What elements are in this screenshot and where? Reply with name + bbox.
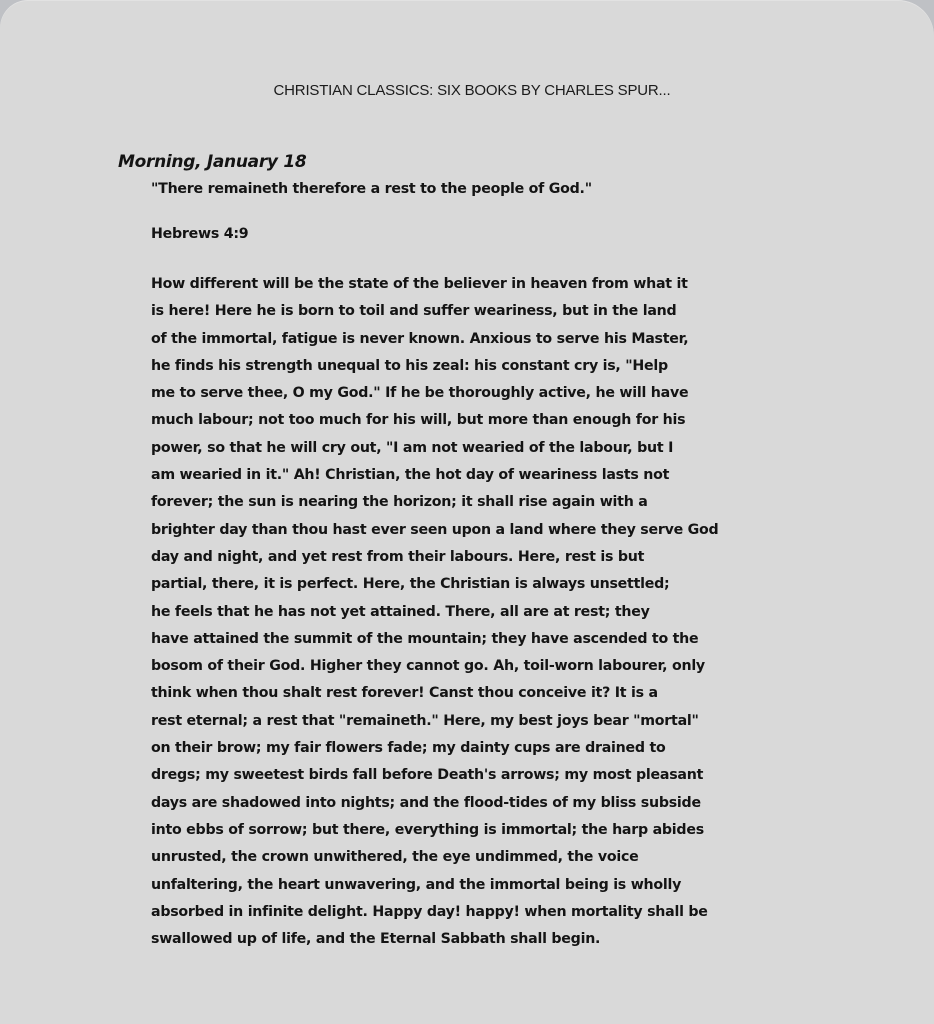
book-title[interactable]: CHRISTIAN CLASSICS: SIX BOOKS BY CHARLES… (0, 82, 934, 99)
body-line: days are shadowed into nights; and the f… (151, 790, 711, 817)
body-line: of the immortal, fatigue is never known.… (151, 326, 711, 353)
entry-heading: Morning, January 18 (118, 148, 718, 176)
body-line: into ebbs of sorrow; but there, everythi… (151, 817, 711, 844)
body-line: day and night, and yet rest from their l… (151, 544, 711, 571)
body-line: unrusted, the crown unwithered, the eye … (151, 844, 711, 871)
body-line: power, so that he will cry out, "I am no… (151, 435, 711, 462)
body-line: have attained the summit of the mountain… (151, 626, 711, 653)
devotional-body: How different will be the state of the b… (151, 271, 711, 953)
body-line: is here! Here he is born to toil and suf… (151, 298, 711, 325)
body-line: he finds his strength unequal to his zea… (151, 353, 711, 380)
body-line: swallowed up of life, and the Eternal Sa… (151, 926, 711, 953)
body-line: brighter day than thou hast ever seen up… (151, 517, 711, 544)
body-line: am wearied in it." Ah! Christian, the ho… (151, 462, 711, 489)
page-content: Morning, January 18 "There remaineth the… (118, 148, 718, 953)
verse-quote: "There remaineth therefore a rest to the… (151, 179, 718, 199)
body-line: absorbed in infinite delight. Happy day!… (151, 899, 711, 926)
body-line: forever; the sun is nearing the horizon;… (151, 489, 711, 516)
body-line: bosom of their God. Higher they cannot g… (151, 653, 711, 680)
body-line: think when thou shalt rest forever! Cans… (151, 680, 711, 707)
body-line: dregs; my sweetest birds fall before Dea… (151, 762, 711, 789)
body-line: much labour; not too much for his will, … (151, 407, 711, 434)
verse-reference: Hebrews 4:9 (151, 224, 718, 244)
body-line: me to serve thee, O my God." If he be th… (151, 380, 711, 407)
body-line: on their brow; my fair flowers fade; my … (151, 735, 711, 762)
body-line: rest eternal; a rest that "remaineth." H… (151, 708, 711, 735)
reader-page[interactable]: CHRISTIAN CLASSICS: SIX BOOKS BY CHARLES… (0, 0, 934, 1024)
body-line: he feels that he has not yet attained. T… (151, 599, 711, 626)
body-line: unfaltering, the heart unwavering, and t… (151, 872, 711, 899)
body-line: partial, there, it is perfect. Here, the… (151, 571, 711, 598)
body-line: How different will be the state of the b… (151, 271, 711, 298)
